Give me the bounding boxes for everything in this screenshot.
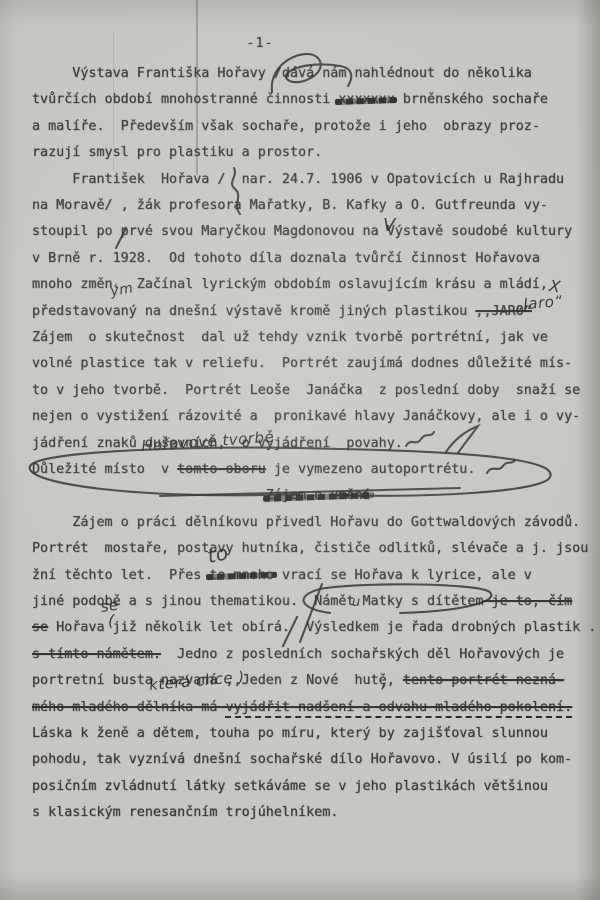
hw-comma-hute: ,	[381, 668, 389, 693]
hw-paren-open: (	[108, 611, 115, 630]
manuscript-page: -1- Výstava Františka Hořavy /dává nám n…	[0, 0, 600, 900]
hw-ktera-chce: která chce )	[148, 668, 245, 694]
hw-correction-ym: ým	[109, 280, 134, 300]
hw-to-correction: to	[205, 540, 231, 568]
hw-u-insert: u	[352, 595, 361, 610]
hw-horavove-tvorbe: Hořavově tvorbě	[141, 428, 275, 455]
handwritten-notes-layer: ým„Jaro“VXHořavově tvorbětouse(která chc…	[0, 0, 600, 900]
hw-capital-v: V	[383, 215, 396, 236]
